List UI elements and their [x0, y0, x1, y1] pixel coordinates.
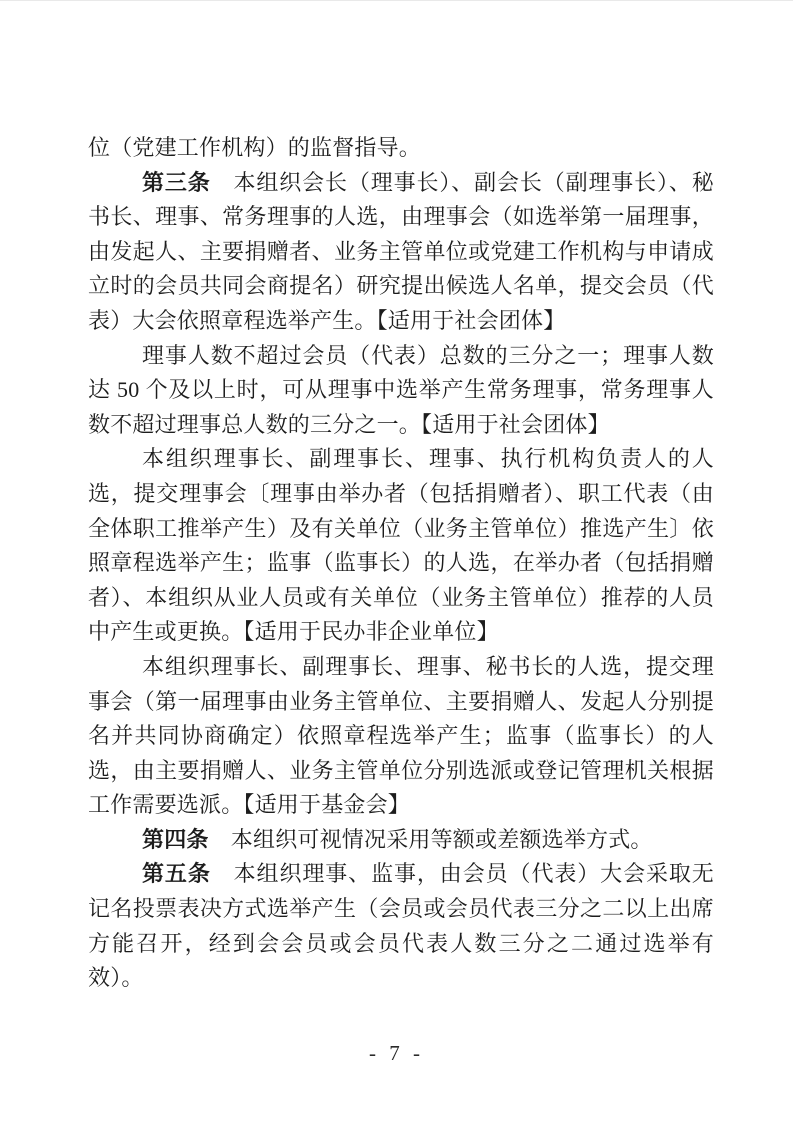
article-paragraph: 第四条 本组织可视情况采用等额或差额选举方式。	[88, 823, 714, 858]
article-number: 第四条	[142, 827, 209, 852]
page-top-edge	[0, 0, 793, 1]
page-number: - 7 -	[369, 1041, 424, 1065]
paragraph: 本组织理事长、副理事长、理事、执行机构负责人的人选，提交理事会〔理事由举办者（包…	[88, 442, 714, 650]
article-number: 第三条	[142, 170, 211, 195]
paragraph-text: 本组织理事长、副理事长、理事、执行机构负责人的人选，提交理事会〔理事由举办者（包…	[88, 446, 714, 644]
page-footer: - 7 -	[0, 1041, 793, 1066]
paragraph-text: 理事人数不超过会员（代表）总数的三分之一；理事人数达 50 个及以上时，可从理事…	[88, 343, 714, 437]
paragraph: 理事人数不超过会员（代表）总数的三分之一；理事人数达 50 个及以上时，可从理事…	[88, 339, 714, 443]
document-body: 位（党建工作机构）的监督指导。第三条 本组织会长（理事长）、副会长（副理事长）、…	[88, 131, 714, 996]
article-paragraph: 第五条 本组织理事、监事，由会员（代表）大会采取无记名投票表决方式选举产生（会员…	[88, 857, 714, 995]
paragraph-text: 本组织理事长、副理事长、理事、秘书长的人选，提交理事会（第一届理事由业务主管单位…	[88, 654, 714, 817]
paragraph-text: 位（党建工作机构）的监督指导。	[88, 135, 421, 160]
paragraph: 位（党建工作机构）的监督指导。	[88, 131, 714, 166]
paragraph-text: 本组织可视情况采用等额或差额选举方式。	[209, 827, 653, 852]
article-paragraph: 第三条 本组织会长（理事长）、副会长（副理事长）、秘书长、理事、常务理事的人选，…	[88, 166, 714, 339]
article-number: 第五条	[142, 861, 211, 886]
paragraph: 本组织理事长、副理事长、理事、秘书长的人选，提交理事会（第一届理事由业务主管单位…	[88, 650, 714, 823]
document-page: { "meta": { "background_color": "#ffffff…	[0, 0, 793, 1122]
